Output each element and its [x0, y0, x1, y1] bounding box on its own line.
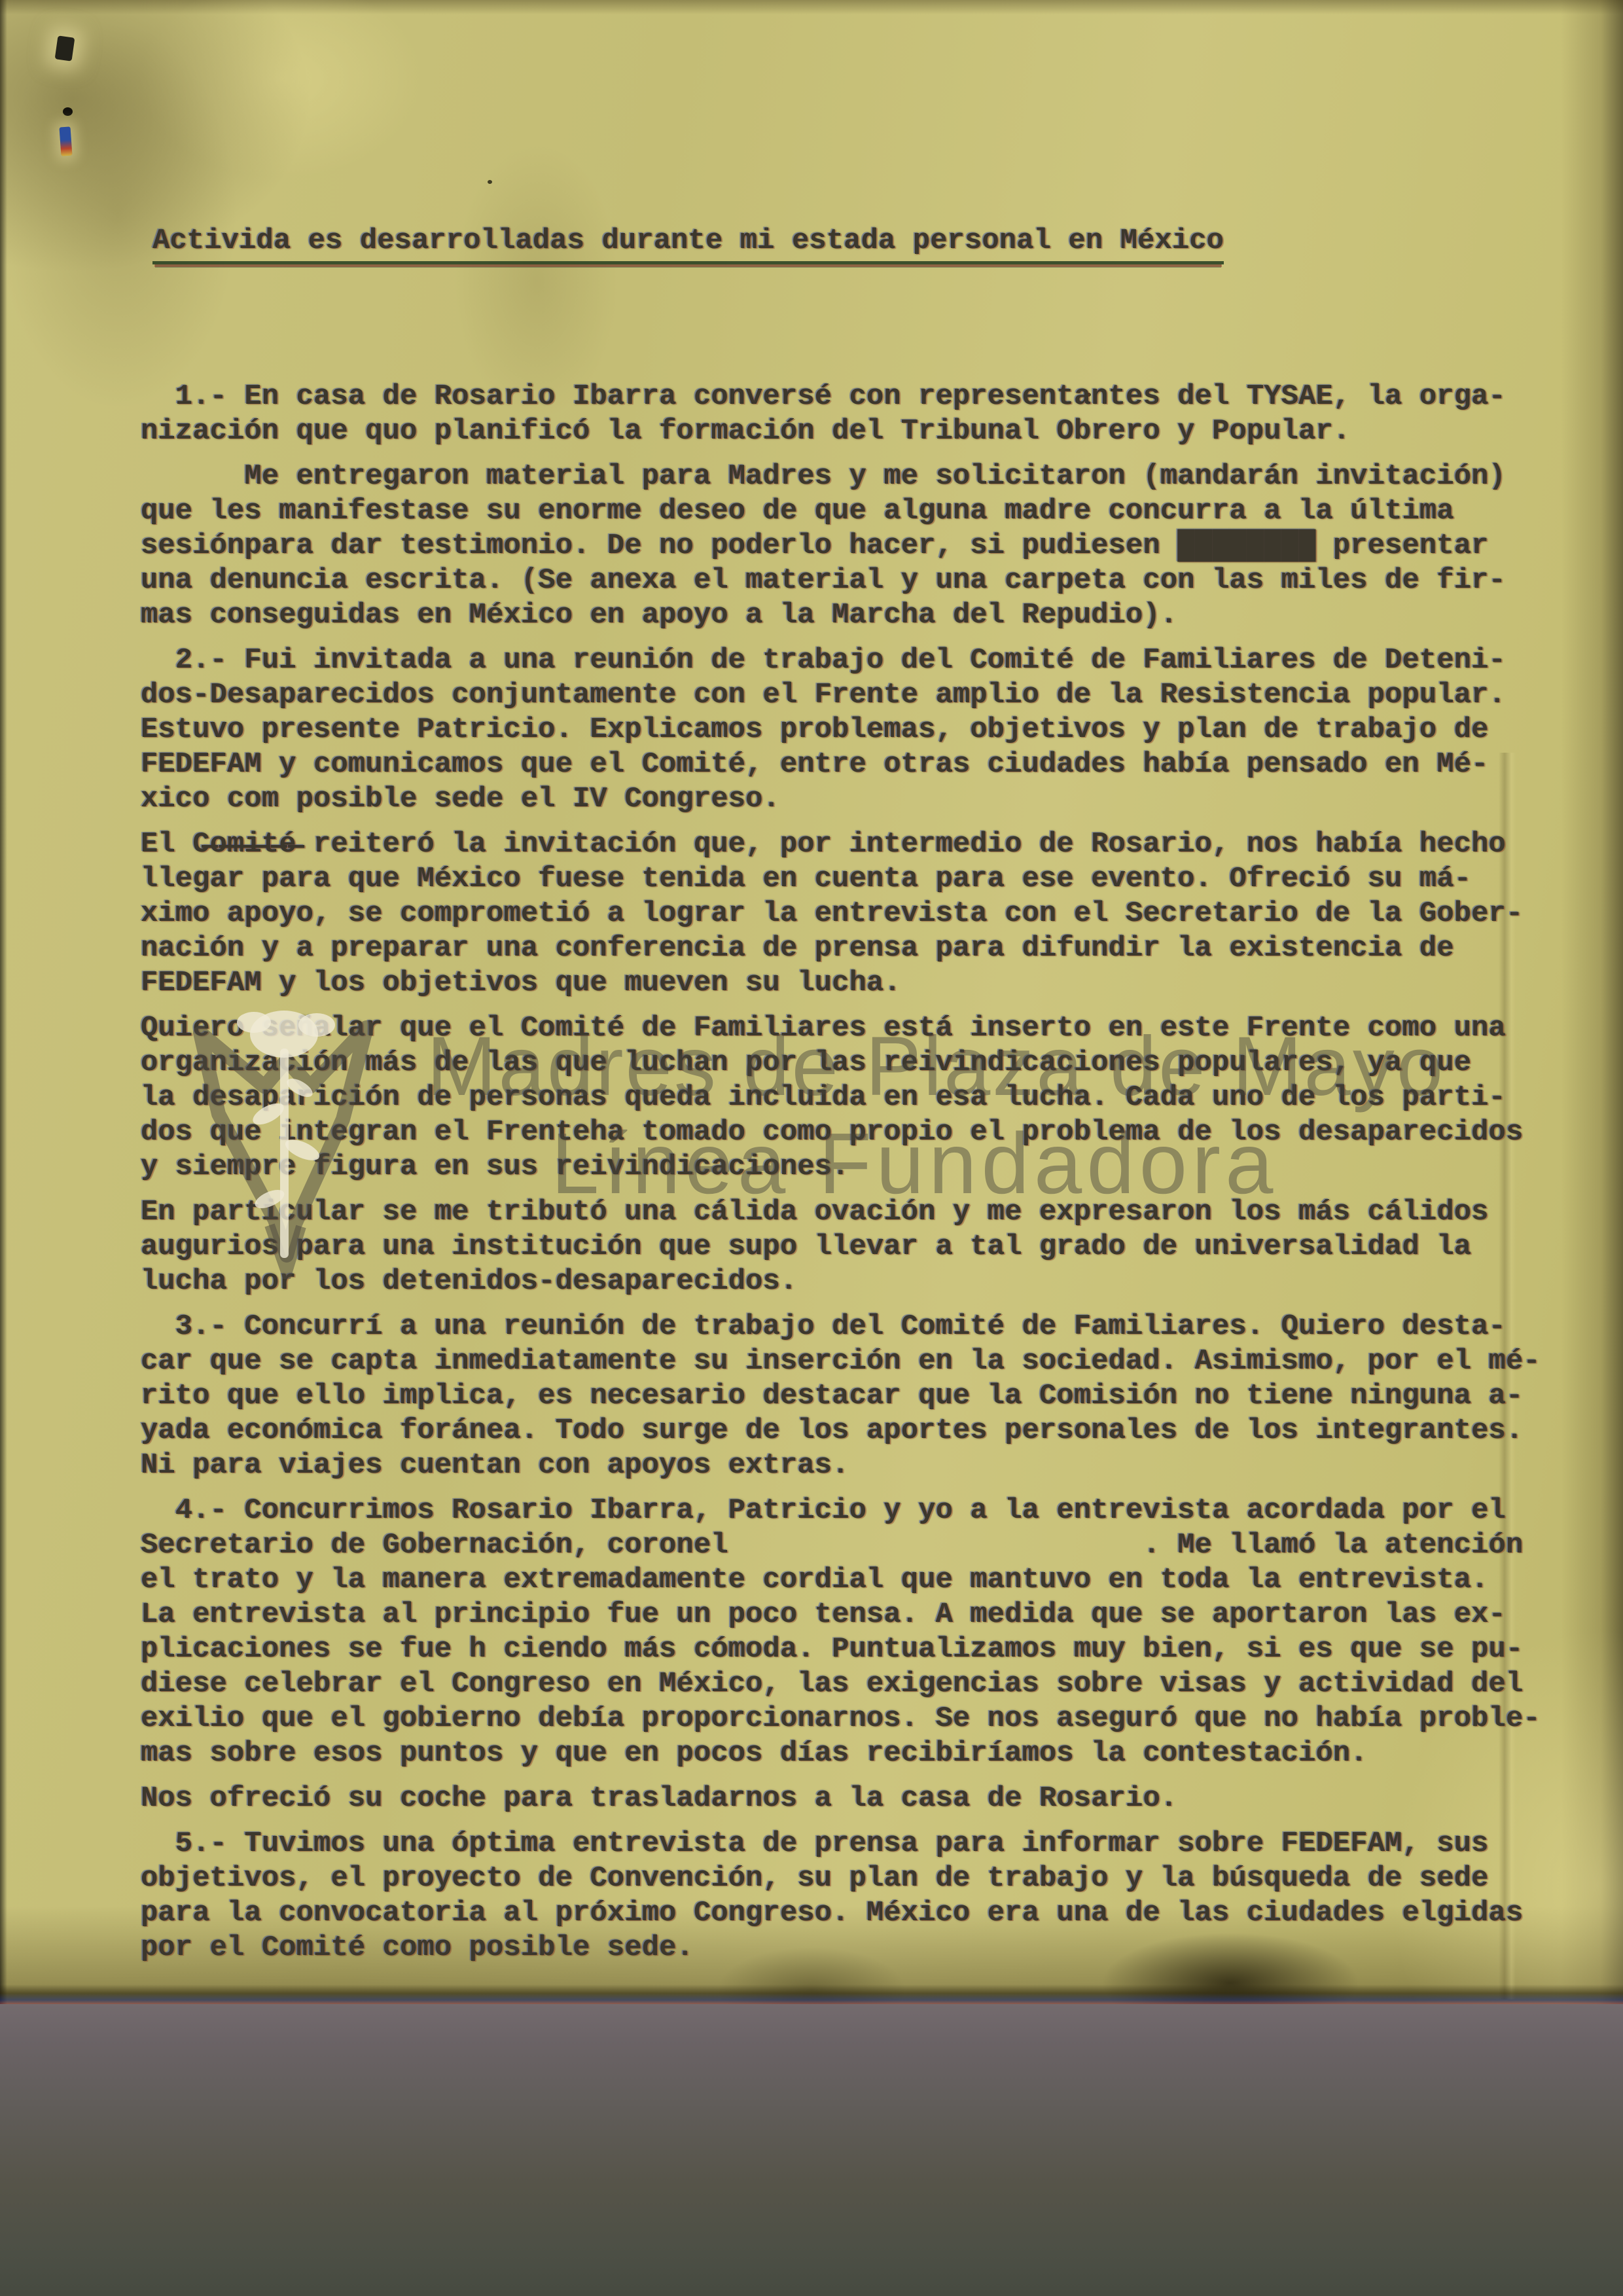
- typewritten-line: nación y a preparar una conferencia de p…: [141, 931, 1623, 966]
- typewritten-line: mas sobre esos puntos y que en pocos día…: [141, 1736, 1623, 1771]
- typewritten-line: Estuvo presente Patricio. Explicamos pro…: [141, 713, 1623, 747]
- typewritten-line: ximo apoyo, se comprometió a lograr la e…: [141, 897, 1623, 931]
- typewritten-line: augurios para una institución que supo l…: [141, 1230, 1623, 1265]
- typewritten-line: 5.- Tuvimos una óptima entrevista de pre…: [141, 1827, 1623, 1861]
- typewritten-line: Secretario de Gobernación, coronel . Me …: [141, 1528, 1623, 1563]
- typewritten-line: Ni para viajes cuentan con apoyos extras…: [141, 1448, 1623, 1483]
- paper-sheet: Activida es desarrolladas durante mi est…: [0, 0, 1623, 2004]
- document-paragraphs: 1.- En casa de Rosario Ibarra conversé c…: [141, 380, 1623, 1965]
- document-body: Activida es desarrolladas durante mi est…: [0, 0, 1623, 2045]
- typewritten-line: 1.- En casa de Rosario Ibarra conversé c…: [141, 380, 1623, 414]
- typewritten-line: car que se capta inmediatamente su inser…: [141, 1344, 1623, 1379]
- typewritten-line: rito que ello implica, es necesario dest…: [141, 1379, 1623, 1414]
- typewritten-line: 4.- Concurrimos Rosario Ibarra, Patricio…: [141, 1494, 1623, 1528]
- paragraph: Quiero señalar que el Comité de Familiar…: [141, 1011, 1623, 1185]
- document-title: Activida es desarrolladas durante mi est…: [152, 224, 1623, 264]
- paragraph: 3.- Concurrí a una reunión de trabajo de…: [141, 1310, 1623, 1483]
- typewritten-line: diese celebrar el Congreso en México, la…: [141, 1667, 1623, 1702]
- typewritten-line: para la convocatoria al próximo Congreso…: [141, 1896, 1623, 1931]
- typewritten-line: sesiónpara dar testimonio. De no poderlo…: [141, 529, 1623, 564]
- typewritten-line: y siempre figura en sus reivindicaciones…: [141, 1150, 1623, 1185]
- paragraph: 4.- Concurrimos Rosario Ibarra, Patricio…: [141, 1494, 1623, 1771]
- typewritten-line: por el Comité como posible sede.: [141, 1931, 1623, 1965]
- typewritten-line: exilio que el gobierno debía proporciona…: [141, 1702, 1623, 1736]
- paragraph: Me entregaron material para Madres y me …: [141, 459, 1623, 633]
- typewritten-line: lucha por los detenidos-desaparecidos.: [141, 1265, 1623, 1299]
- typewritten-line: El C̶o̶m̶i̶t̶é̶ reiteró la invitación qu…: [141, 827, 1623, 862]
- typewritten-line: 3.- Concurrí a una reunión de trabajo de…: [141, 1310, 1623, 1344]
- typewritten-line: la desaparición de personas queda inclui…: [141, 1081, 1623, 1115]
- typewritten-line: xico com posible sede el IV Congreso.: [141, 782, 1623, 817]
- paragraph: Nos ofreció su coche para trasladarnos a…: [141, 1782, 1623, 1816]
- typewritten-line: llegar para que México fuese tenida en c…: [141, 862, 1623, 897]
- typewritten-line: el trato y la manera extremadamente cord…: [141, 1563, 1623, 1598]
- typewritten-line: nización que quo planificó la formación …: [141, 414, 1623, 449]
- scanner-background: [0, 2004, 1623, 2296]
- paragraph: En particular se me tributó una cálida o…: [141, 1195, 1623, 1299]
- scanned-page: Activida es desarrolladas durante mi est…: [0, 0, 1623, 2296]
- typewritten-line: 2.- Fui invitada a una reunión de trabaj…: [141, 643, 1623, 678]
- typewritten-line: FEDEFAM y los objetivos que mueven su lu…: [141, 966, 1623, 1001]
- paragraph: El C̶o̶m̶i̶t̶é̶ reiteró la invitación qu…: [141, 827, 1623, 1001]
- typewritten-line: plicaciones se fue h ciendo más cómoda. …: [141, 1632, 1623, 1667]
- typewritten-line: yada económica foránea. Todo surge de lo…: [141, 1414, 1623, 1448]
- typewritten-line: Quiero señalar que el Comité de Familiar…: [141, 1011, 1623, 1046]
- typewritten-line: objetivos, el proyecto de Convención, su…: [141, 1861, 1623, 1896]
- typewritten-line: La entrevista al principio fue un poco t…: [141, 1598, 1623, 1632]
- typewritten-line: dos que integran el Frenteha tomado como…: [141, 1115, 1623, 1150]
- typewritten-line: organización más de las que luchan por l…: [141, 1046, 1623, 1081]
- typewritten-line: En particular se me tributó una cálida o…: [141, 1195, 1623, 1230]
- paragraph: 1.- En casa de Rosario Ibarra conversé c…: [141, 380, 1623, 449]
- typewritten-line: mas conseguidas en México en apoyo a la …: [141, 598, 1623, 633]
- typewritten-line: que les manifestase su enorme deseo de q…: [141, 494, 1623, 529]
- typewritten-line: una denuncia escrita. (Se anexa el mater…: [141, 564, 1623, 598]
- paragraph: 5.- Tuvimos una óptima entrevista de pre…: [141, 1827, 1623, 1965]
- typewritten-line: dos-Desaparecidos conjuntamente con el F…: [141, 678, 1623, 713]
- typewritten-line: FEDEFAM y comunicamos que el Comité, ent…: [141, 747, 1623, 782]
- typewritten-line: Nos ofreció su coche para trasladarnos a…: [141, 1782, 1623, 1816]
- paragraph: 2.- Fui invitada a una reunión de trabaj…: [141, 643, 1623, 817]
- typewritten-line: Me entregaron material para Madres y me …: [141, 459, 1623, 494]
